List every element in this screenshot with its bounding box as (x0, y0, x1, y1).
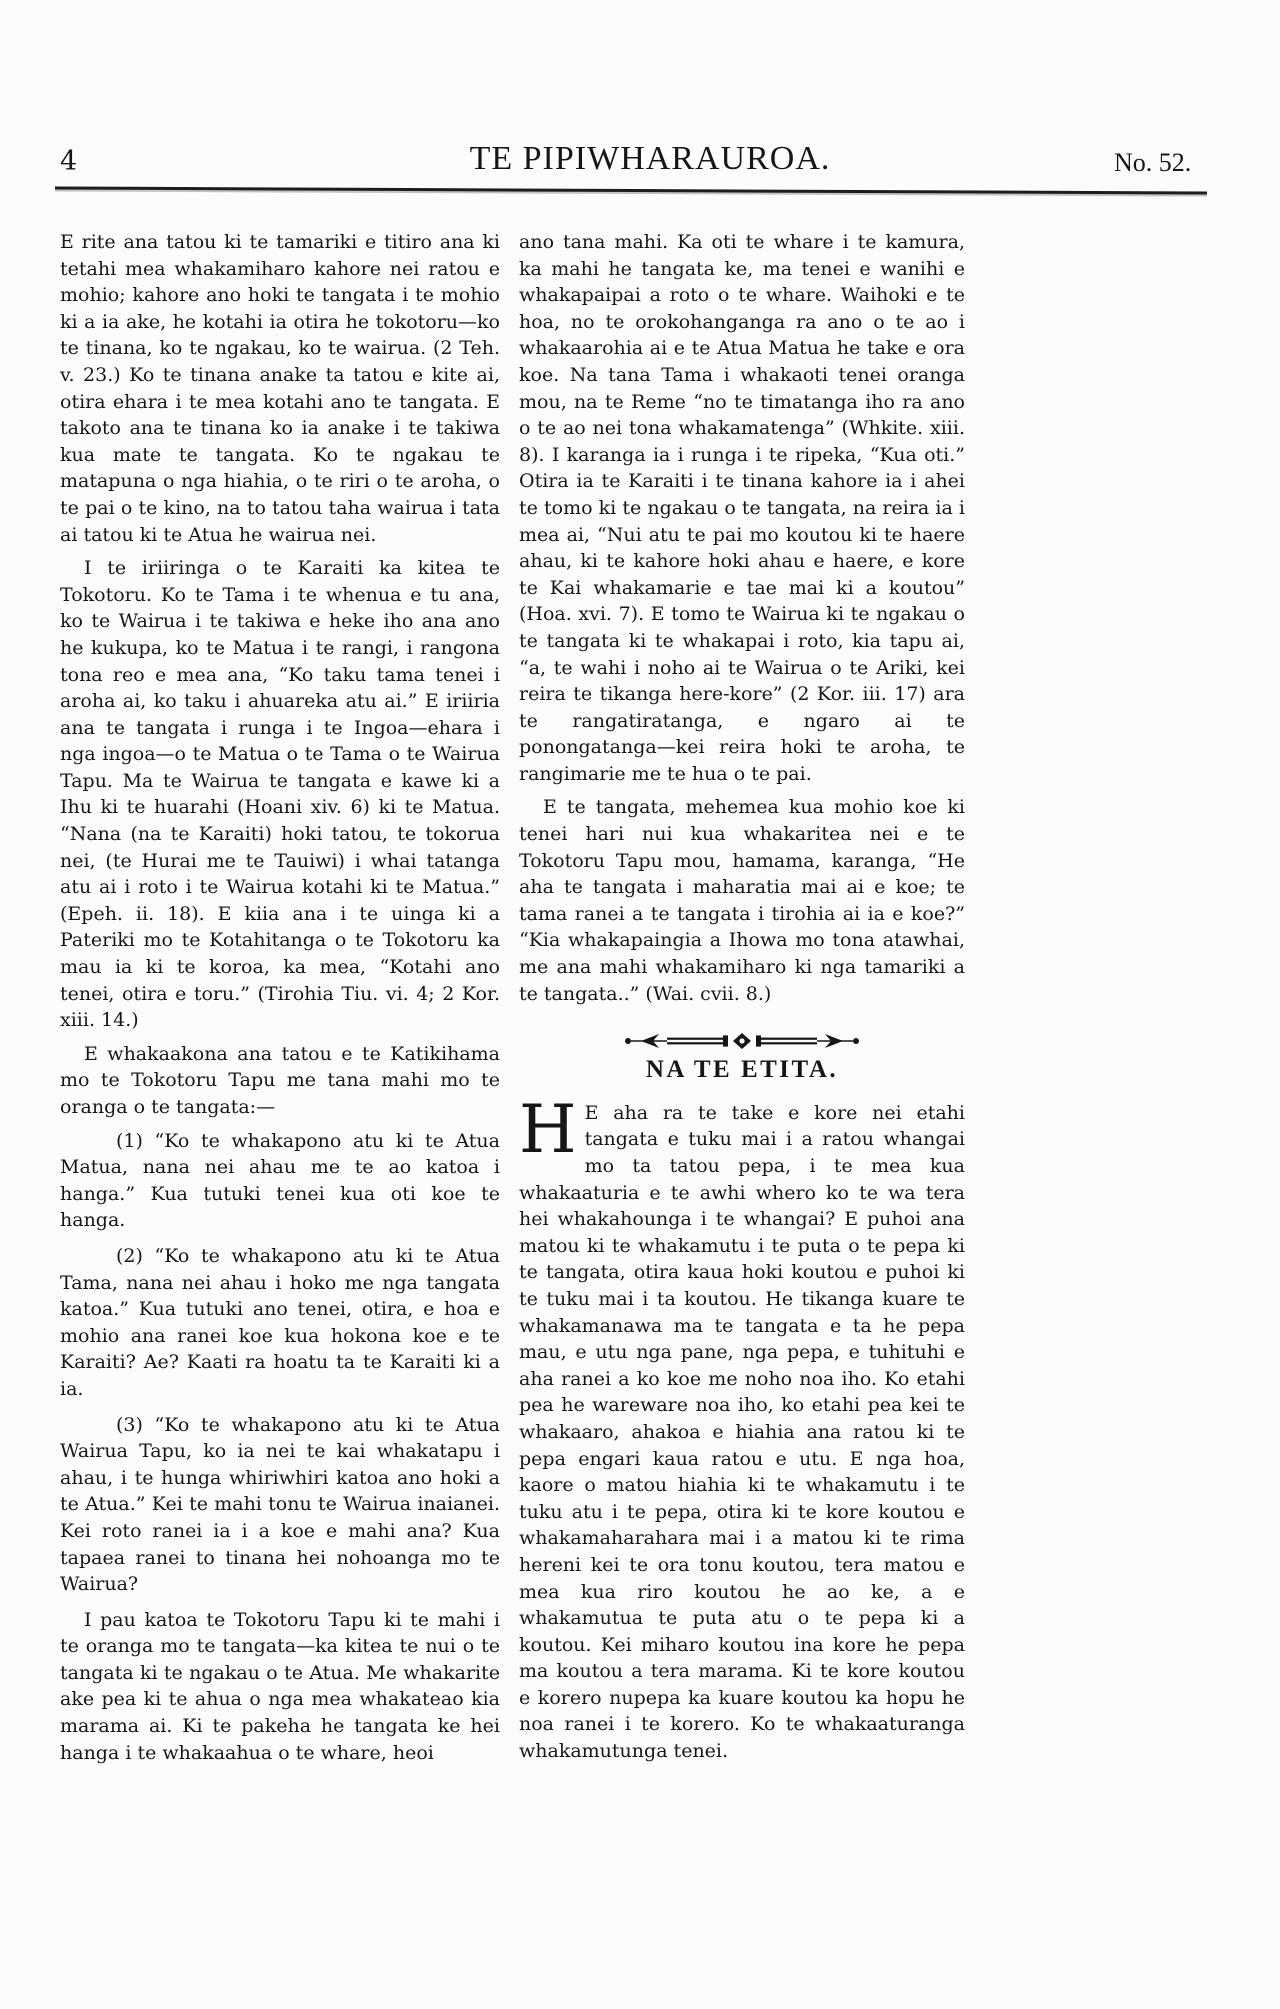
issue-number: No. 52. (1114, 148, 1191, 178)
page-number: 4 (60, 146, 77, 177)
left-column: E rite ana tatou ki te tamariki e titiro… (60, 229, 500, 1773)
editorial-paragraph: HE aha ra te take e kore nei etahi tanga… (519, 1100, 965, 1765)
header-rule (55, 186, 1207, 194)
paragraph: (2) “Ko te whakapono atu ki te Atua Tama… (60, 1243, 500, 1403)
paragraph: (1) “Ko te whakapono atu ki te Atua Matu… (60, 1128, 500, 1234)
paragraph: (3) “Ko te whakapono atu ki te Atua Wair… (60, 1412, 500, 1598)
section-divider-ornament (623, 1031, 861, 1051)
drop-cap: H (519, 1100, 585, 1156)
section-heading: NA TE ETITA. (519, 1057, 965, 1084)
paragraph: ano tana mahi. Ka oti te whare i te kamu… (519, 229, 965, 787)
right-column-top: ano tana mahi. Ka oti te whare i te kamu… (519, 229, 965, 1007)
text-columns: E rite ana tatou ki te tamariki e titiro… (60, 229, 965, 1773)
paragraph: I pau katoa te Tokotoru Tapu ki te mahi … (60, 1607, 500, 1767)
paragraph: I te iriiringa o te Karaiti ka kitea te … (60, 555, 500, 1034)
newspaper-page: 4 TE PIPIWHARAUROA. No. 52. E rite ana t… (0, 0, 1280, 2009)
right-column: ano tana mahi. Ka oti te whare i te kamu… (519, 229, 965, 1773)
paragraph: E rite ana tatou ki te tamariki e titiro… (60, 229, 500, 548)
masthead-title: TE PIPIWHARAUROA. (400, 140, 900, 178)
paragraph: E whakaakona ana tatou e te Katikihama m… (60, 1041, 500, 1121)
editorial-text: E aha ra te take e kore nei etahi tangat… (519, 1102, 965, 1762)
paragraph: E te tangata, mehemea kua mohio koe ki t… (519, 794, 965, 1007)
